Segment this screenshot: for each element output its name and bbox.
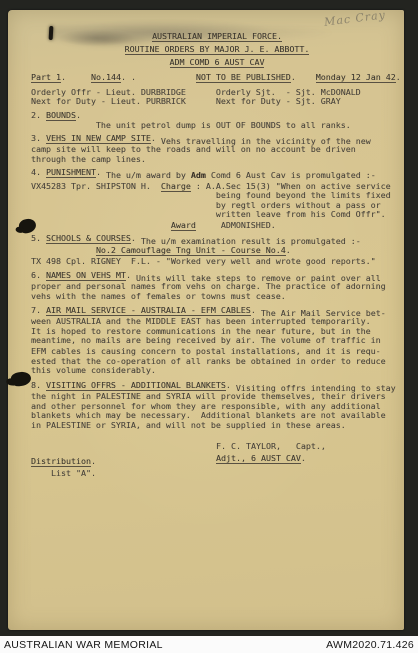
signatory-name: F. C. TAYLOR, Capt., <box>216 442 403 452</box>
document-page: Mac Cray AUSTRALIAN IMPERIAL FORCE. ROUT… <box>8 10 404 630</box>
separator: . <box>301 453 306 463</box>
distribution-item: List "A". <box>31 469 403 479</box>
course-line: No.2 Camouflage Tng Unit - Course No.4. <box>31 246 403 256</box>
orders-meta-line: Part 1. No.144. . NOT TO BE PUBLISHED. M… <box>31 73 403 83</box>
separator: . <box>76 110 81 120</box>
section-heading: 5. SCHOOLS & COURSES. The u/m examinatio… <box>31 234 403 244</box>
soldier-name: VX45283 Tpr. SHIPSTON H. <box>31 181 161 191</box>
section-text: Vehs travelling in the vicinity of the n… <box>161 136 371 146</box>
catalog-bar: AUSTRALIAN WAR MEMORIAL AWM2020.71.426 <box>0 636 418 653</box>
section-title: VISITING OFFRS - ADDITIONAL BLANKETS <box>46 380 226 391</box>
section-4-punishment: 4. PUNISHMENT. The u/m award by Adm Comd… <box>31 168 403 231</box>
section-text: Units will take steps to remove or paint… <box>136 273 381 283</box>
order-line: through the camp lines. <box>31 155 403 165</box>
scanned-photograph: Mac Cray AUSTRALIAN IMPERIAL FORCE. ROUT… <box>0 0 418 653</box>
order-line: The unit petrol dump is OUT OF BOUNDS to… <box>31 121 403 131</box>
emphasized-text: Adm <box>191 170 206 180</box>
section-heading: 7. AIR MAIL SERVICE - AUSTRALIA - EFM CA… <box>31 306 403 316</box>
separator: . . <box>121 72 196 82</box>
separator <box>31 220 171 230</box>
section-2-bounds: 2. BOUNDS. The unit petrol dump is OUT O… <box>31 111 403 130</box>
section-heading: 8. VISITING OFFRS - ADDITIONAL BLANKETS.… <box>31 381 403 391</box>
section-number: 6. <box>31 270 46 280</box>
section-7-air-mail-service: 7. AIR MAIL SERVICE - AUSTRALIA - EFM CA… <box>31 306 403 376</box>
typed-content: AUSTRALIAN IMPERIAL FORCE. ROUTINE ORDER… <box>31 32 403 479</box>
duty-roster-line-2: Next for Duty - Lieut. PURBRICK Next for… <box>31 97 403 107</box>
separator: . <box>251 305 261 315</box>
section-text: The Air Mail Service bet- <box>261 308 386 318</box>
separator: . <box>226 380 236 390</box>
section-heading: 6. NAMES ON VEHS MT. Units will take ste… <box>31 271 403 281</box>
order-line: written leave from his Comd Offr". <box>31 210 403 220</box>
separator: . <box>151 133 161 143</box>
order-line: in PALESTINE or SYRIA, and will not be s… <box>31 421 403 431</box>
order-line: vehs with the names of females or towns … <box>31 292 403 302</box>
section-text: The u/m award by <box>106 170 191 180</box>
section-3-vehs-new-camp-site: 3. VEHS IN NEW CAMP SITE. Vehs travellin… <box>31 134 403 165</box>
signatory-title-text: Adjt., 6 AUST CAV <box>216 453 301 464</box>
separator: . <box>131 233 141 243</box>
catalog-number: AWM2020.71.426 <box>326 639 414 651</box>
institution-name: AUSTRALIAN WAR MEMORIAL <box>4 639 163 651</box>
course-title: No.2 Camouflage Tng Unit - Course No.4 <box>96 245 286 256</box>
document-subtitle: ROUTINE ORDERS BY MAJOR J. E. ABBOTT. <box>125 44 310 55</box>
exam-result-line: TX 498 Cpl. RIGNEY F.L. - "Worked very w… <box>31 257 403 267</box>
part-number: Part 1 <box>31 72 61 83</box>
charge-text: : A.A.Sec 15(3) "When on active service <box>191 181 391 191</box>
award-text: ADMONISHED. <box>196 220 276 230</box>
order-line: meantime, no mails are being received by… <box>31 336 403 346</box>
section-title: VEHS IN NEW CAMP SITE <box>46 133 151 144</box>
separator: . <box>126 270 136 280</box>
separator: . <box>396 72 401 82</box>
award-label: Award <box>171 220 196 231</box>
order-date: Monday 12 Jan 42 <box>316 72 396 83</box>
section-number: 3. <box>31 133 46 143</box>
handwritten-annotation: Mac Cray <box>324 8 387 28</box>
separator <box>31 245 96 255</box>
document-header: AUSTRALIAN IMPERIAL FORCE. <box>31 32 403 42</box>
separator: . <box>61 72 91 82</box>
section-number: 2. <box>31 110 46 120</box>
section-number: 5. <box>31 233 46 243</box>
separator: . <box>286 245 291 255</box>
section-title: NAMES ON VEHS MT <box>46 270 126 281</box>
award-line: Award ADMONISHED. <box>31 221 403 231</box>
separator: . <box>96 167 106 177</box>
section-number: 7. <box>31 305 46 315</box>
punch-hole <box>10 371 32 388</box>
section-5-schools-courses: 5. SCHOOLS & COURSES. The u/m examinatio… <box>31 234 403 267</box>
order-line: this volume considerably. <box>31 366 403 376</box>
document-subtitle-row: ROUTINE ORDERS BY MAJOR J. E. ABBOTT. <box>31 45 403 55</box>
section-number: 8. <box>31 380 46 390</box>
distribution-label: Distribution <box>31 456 91 467</box>
section-title: PUNISHMENT <box>46 167 96 178</box>
publication-notice: NOT TO BE PUBLISHED <box>196 72 291 83</box>
section-text: Comd 6 Aust Cav is promulgated :- <box>206 170 376 180</box>
section-6-names-on-vehs: 6. NAMES ON VEHS MT. Units will take ste… <box>31 271 403 302</box>
separator: . <box>91 456 96 466</box>
section-title: SCHOOLS & COURSES <box>46 233 131 244</box>
unit-heading-row: ADM COMD 6 AUST CAV <box>31 58 403 68</box>
unit-heading: ADM COMD 6 AUST CAV <box>170 57 265 68</box>
section-text: The u/m examination result is promulgate… <box>141 236 361 246</box>
section-number: 4. <box>31 167 46 177</box>
section-heading: 3. VEHS IN NEW CAMP SITE. Vehs travellin… <box>31 134 403 144</box>
section-8-visiting-offrs-blankets: 8. VISITING OFFRS - ADDITIONAL BLANKETS.… <box>31 381 403 431</box>
order-number: No.144 <box>91 72 121 83</box>
section-text: The u/m award by Adm Comd 6 Aust Cav is … <box>106 170 376 180</box>
section-text: Visiting offrs intending to stay <box>236 383 396 393</box>
separator: . <box>291 72 316 82</box>
section-heading: 4. PUNISHMENT. The u/m award by Adm Comd… <box>31 168 403 178</box>
document-title: AUSTRALIAN IMPERIAL FORCE. <box>152 31 282 42</box>
section-title: AIR MAIL SERVICE - AUSTRALIA - EFM CABLE… <box>46 305 251 316</box>
